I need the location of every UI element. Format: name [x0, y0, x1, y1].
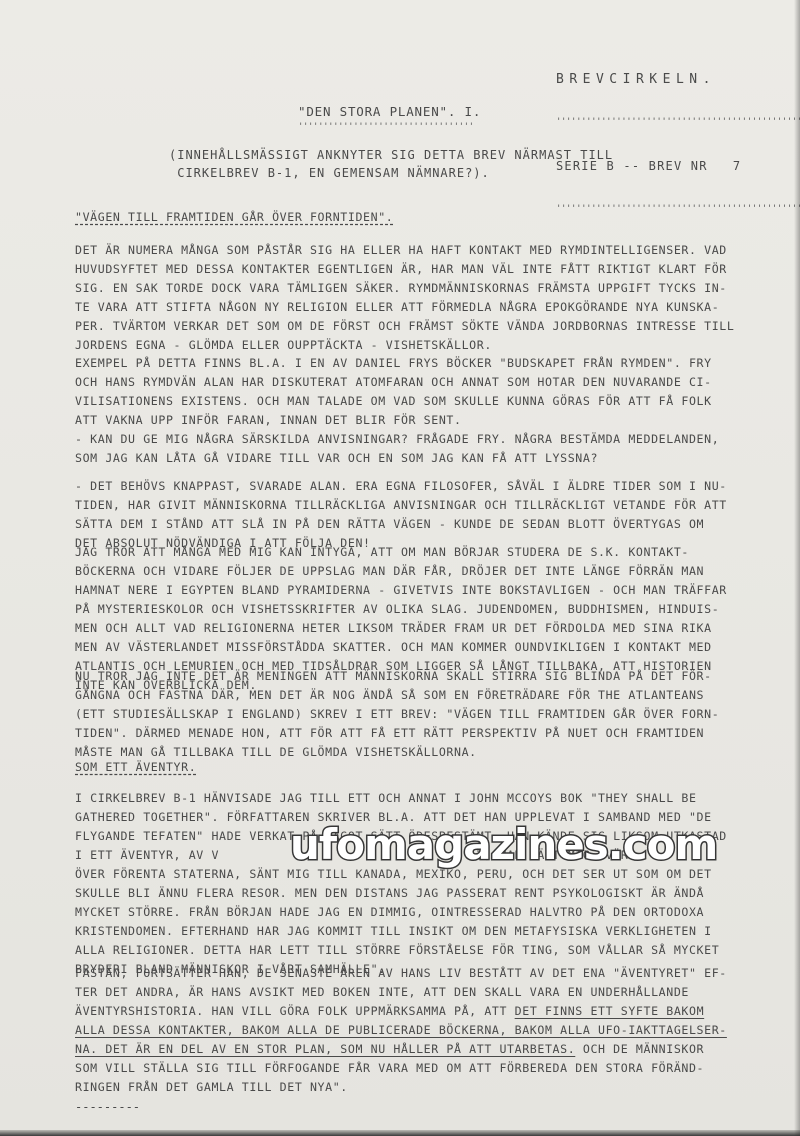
- underlined-text: NA. DET ÄR EN DEL AV EN STOR PLAN, SOM N…: [75, 1042, 575, 1056]
- letterhead: BREVCIRKELN. '''''''''''''''''''''''''''…: [556, 42, 800, 244]
- underlined-line: ALLA DESSA KONTAKTER, BAKOM ALLA DE PUBL…: [75, 1021, 727, 1040]
- text-line: NU TROR JAG INTE DET ÄR MENINGEN ATT MÄN…: [75, 667, 712, 686]
- underlined-text: DET FINNS ETT SYFTE BAKOM: [515, 1004, 705, 1018]
- text-line: (ETT STUDIESÄLLSKAP I ENGLAND) SKREV I E…: [75, 705, 719, 724]
- text-line: KRISTENDOMEN. EFTERHAND HAR JAG KOMMIT T…: [75, 922, 712, 941]
- text-line: - DET BEHÖVS KNAPPAST, SVARADE ALAN. ERA…: [75, 477, 727, 496]
- scanned-page: BREVCIRKELN. '''''''''''''''''''''''''''…: [0, 0, 800, 1136]
- text-line: SOM JAG KAN LÅTA GÅ VIDARE TILL VAR OCH …: [75, 449, 598, 468]
- text-line: MYCKET STÖRRE. FRÅN BÖRJAN HADE JAG EN D…: [75, 903, 704, 922]
- text-segment: ÄVENTYRSHISTORIA. HAN VILL GÖRA FOLK UPP…: [75, 1004, 515, 1018]
- text-line: TE VARA ATT STIFTA NÅGON NY RELIGION ELL…: [75, 298, 719, 317]
- watermark-logo: ufomagazines.com: [290, 820, 717, 869]
- text-line: RINGEN FRÅN DET GAMLA TILL DET NYA".: [75, 1078, 348, 1097]
- page-edge: [0, 1130, 800, 1136]
- text-line: PER. TVÄRTOM VERKAR DET SOM OM DE FÖRST …: [75, 317, 734, 336]
- text-line: ÄVENTYRSHISTORIA. HAN VILL GÖRA FOLK UPP…: [75, 1002, 704, 1021]
- text-segment: OCH DE MÄNNISKOR: [575, 1042, 704, 1056]
- text-line: SOM VILL STÄLLA SIG TILL FÖRFOGANDE FÅR …: [75, 1059, 704, 1078]
- section-heading: "VÄGEN TILL FRAMTIDEN GÅR ÖVER FORNTIDEN…: [75, 208, 393, 227]
- text-line: MEN AV VÄSTERLANDET MISSFÖRSTÅDDA SKATTE…: [75, 638, 712, 657]
- article-title: "DEN STORA PLANEN". I.: [298, 104, 481, 119]
- text-line: JAG TROR ATT MÅNGA MED MIG KAN INTYGA, A…: [75, 543, 689, 562]
- publication-name: BREVCIRKELN.: [556, 72, 800, 87]
- section-heading: SOM ETT ÄVENTYR.: [75, 758, 196, 777]
- text-line: SIG. EN SAK TORDE DOCK VARA TÄMLIGEN SÄK…: [75, 279, 727, 298]
- text-line: I CIRKELBREV B-1 HÄNVISADE JAG TILL ETT …: [75, 789, 697, 808]
- text-line: ATT VAKNA UPP INFÖR FARAN, INNAN DET BLI…: [75, 411, 462, 430]
- text-line: BÖCKERNA OCH VIDARE FÖLJER DE UPPSLAG MA…: [75, 562, 704, 581]
- text-line: DET ÄR NUMERA MÅNGA SOM PÅSTÅR SIG HA EL…: [75, 241, 727, 260]
- text-line: VILISATIONENS EXISTENS. OCH MAN TALADE O…: [75, 392, 712, 411]
- text-line: EXEMPEL PÅ DETTA FINNS BL.A. I EN AV DAN…: [75, 354, 712, 373]
- text-line: HAMNAT NERE I EGYPTEN BLAND PYRAMIDERNA …: [75, 581, 727, 600]
- text-line: SKULLE BLI ÄNNU FLERA RESOR. MEN DEN DIS…: [75, 884, 704, 903]
- text-line: OCH HANS RYMDVÄN ALAN HAR DISKUTERAT ATO…: [75, 373, 712, 392]
- text-line: SÄTTA DEM I STÅND ATT SLÅ IN PÅ DEN RÄTT…: [75, 515, 704, 534]
- end-mark: ---------: [75, 1100, 140, 1114]
- text-line: TER DET ANDRA, ÄR HANS AVSIKT MED BOKEN …: [75, 983, 689, 1002]
- text-line: MEN OCH ALLT VAD RELIGIONERNA HETER LIKS…: [75, 619, 712, 638]
- text-line: PÅ MYSTERIESKOLOR OCH VISHETSSKRIFTER AV…: [75, 600, 719, 619]
- text-line: TIDEN". DÄRMED MENADE HON, ATT FÖR ATT F…: [75, 724, 704, 743]
- text-line: - KAN DU GE MIG NÅGRA SÄRSKILDA ANVISNIN…: [75, 430, 719, 449]
- tick-rule: ''''''''''''''''''''''''''''''''''''''''…: [556, 117, 800, 127]
- text-line: GÅNGNA OCH FASTNA DÄR, MEN DET ÄR NOG ÄN…: [75, 686, 704, 705]
- title-tick-rule: ''''''''''''''''''''''''''''''''''''''''…: [298, 122, 474, 132]
- text-line: NA. DET ÄR EN DEL AV EN STOR PLAN, SOM N…: [75, 1040, 704, 1059]
- text-line: TIDEN, HAR GIVIT MÄNNISKORNA TILLRÄCKLIG…: [75, 496, 727, 515]
- text-line: JORDENS EGNA - GLÖMDA ELLER OUPPTÄCKTA -…: [75, 336, 492, 355]
- tick-rule: ''''''''''''''''''''''''''''''''''''''''…: [556, 204, 800, 214]
- intro-line-2: CIRKELBREV B-1, EN GEMENSAM NÄMNARE?).: [169, 166, 490, 180]
- text-line: ALLA RELIGIONER. DETTA HAR LETT TILL STÖ…: [75, 941, 719, 960]
- text-line: FASTÄN, FORTSÄTTER HAN, DE SENASTE ÅREN …: [75, 964, 727, 983]
- intro-line-1: (INNEHÅLLSMÄSSIGT ANKNYTER SIG DETTA BRE…: [169, 148, 613, 162]
- text-line: HUVUDSYFTET MED DESSA KONTAKTER EGENTLIG…: [75, 260, 727, 279]
